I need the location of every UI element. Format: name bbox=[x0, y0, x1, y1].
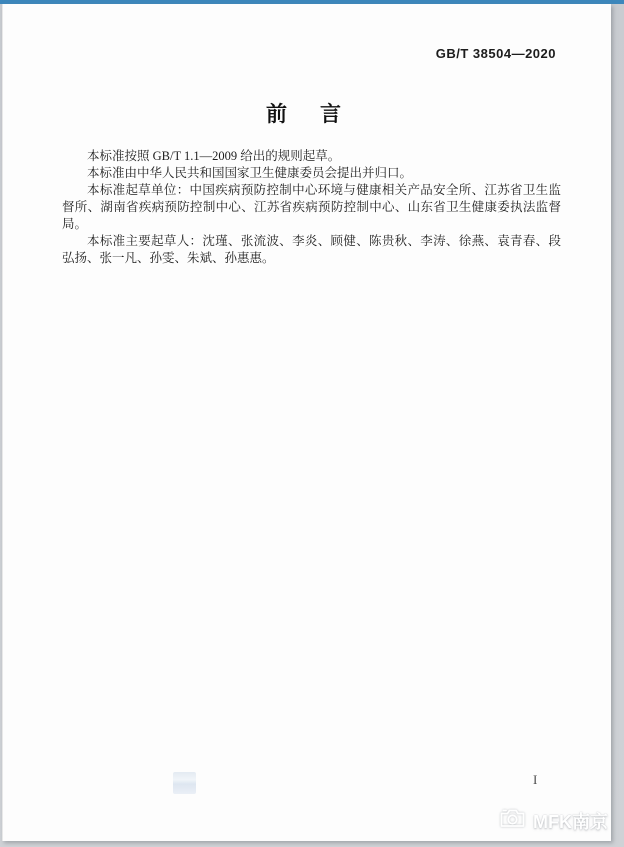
scanned-page-photo: GB/T 38504—2020 前 言 本标准按照 GB/T 1.1—2009 … bbox=[0, 0, 624, 847]
document-page: GB/T 38504—2020 前 言 本标准按照 GB/T 1.1—2009 … bbox=[2, 4, 611, 841]
camera-icon bbox=[499, 807, 526, 834]
photo-watermark: MFK南京 bbox=[499, 807, 608, 834]
paragraph-drafting-organizations: 本标准起草单位：中国疾病预防控制中心环境与健康相关产品安全所、江苏省卫生监督所、… bbox=[62, 182, 561, 233]
paragraph-proposed-by: 本标准由中华人民共和国国家卫生健康委员会提出并归口。 bbox=[62, 165, 561, 182]
page-number: I bbox=[533, 772, 537, 788]
standard-number: GB/T 38504—2020 bbox=[436, 46, 556, 61]
watermark-label: MFK南京 bbox=[533, 808, 608, 834]
faint-blue-stamp bbox=[173, 772, 196, 794]
page-title: 前 言 bbox=[2, 98, 611, 128]
paragraph-main-drafters: 本标准主要起草人：沈瑾、张流波、李炎、顾健、陈贵秋、李涛、徐燕、袁青春、段弘扬、… bbox=[62, 233, 561, 267]
paragraph-drafting-rule: 本标准按照 GB/T 1.1—2009 给出的规则起草。 bbox=[62, 148, 561, 165]
foreword-body: 本标准按照 GB/T 1.1—2009 给出的规则起草。 本标准由中华人民共和国… bbox=[62, 148, 561, 267]
